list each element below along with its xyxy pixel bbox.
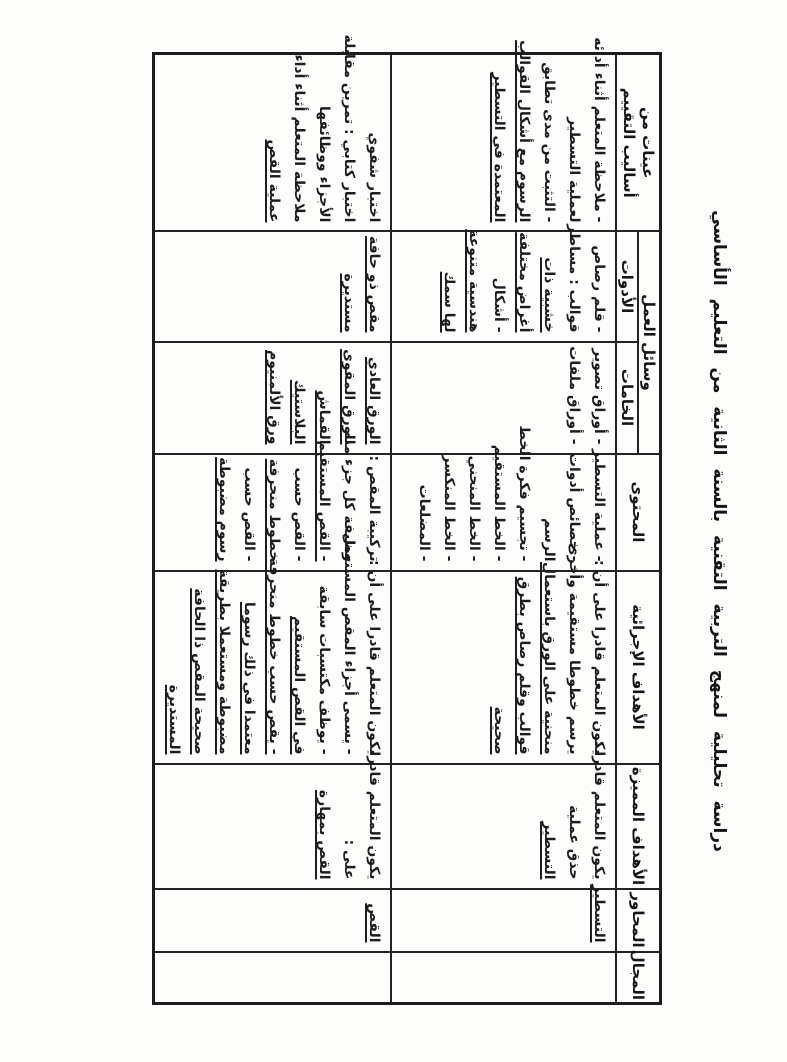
header-work-means: وسائل العمل <box>638 231 661 453</box>
r1-distinctive-objectives-cell: يكون المتعلم قادرا :حذق عمليةالتسطير <box>391 764 616 889</box>
r2-evaluation-samples-cell: اختبار شفوياختبار كتابي : تمرين مقابلةال… <box>154 53 391 231</box>
header-procedural-objectives: الأهداف الإجرائية <box>616 571 661 764</box>
r2-axis-cell: القص <box>154 889 391 952</box>
r2-distinctive-objectives-cell: يكون المتعلم قادراعلى :القص بمهارة <box>154 764 391 889</box>
r1-procedural-objectives-cell: يكون المتعلم قادرا على أن :يرسم خطوطا مس… <box>391 571 616 764</box>
r2-procedural-objectives-cell: يكون المتعلم قادرا على أن :- يسمى أجزاء … <box>154 571 391 764</box>
r2-domain-cell <box>154 952 391 1004</box>
rotated-landscape-canvas: دراسة تحليلية لمنهج التربية التقنية بالس… <box>0 0 787 1062</box>
r1-domain-cell <box>391 952 616 1004</box>
header-tools: الأدوات <box>616 231 638 341</box>
document-title: دراسة تحليلية لمنهج التربية التقنية بالس… <box>709 0 729 1062</box>
header-distinctive-objectives: الأهداف المميزة <box>616 764 661 889</box>
header-content: المحتوى <box>616 454 661 571</box>
r1-materials-cell: - أوراق تصوير- أوراق ملفات <box>391 342 616 454</box>
header-evaluation-samples: عينات منأساليب التقييم <box>616 53 661 231</box>
table-row-tasteer: التسطير يكون المتعلم قادرا :حذق عمليةالت… <box>391 53 616 1003</box>
curriculum-analysis-table: المجال المحاور الأهداف المميزة الأهداف ا… <box>153 52 663 1005</box>
r2-tools-cell: مقص ذو حافةمستديرة <box>154 231 391 341</box>
table-row-qass: القص يكون المتعلم قادراعلى :القص بمهارة … <box>154 53 391 1003</box>
scanned-page: دراسة تحليلية لمنهج التربية التقنية بالس… <box>0 0 787 1062</box>
r1-axis-cell: التسطير <box>391 889 616 952</box>
r2-content-cell: تركيبة المقص :وظيفة كل جزء منه- القص الم… <box>154 454 391 571</box>
header-row-top: المجال المحاور الأهداف المميزة الأهداف ا… <box>638 53 661 1003</box>
r1-content-cell: - عملية التسطير- خصائص أدواتالرسم- تجسيم… <box>391 454 616 571</box>
r2-materials-cell: الورق العاديالورق المقوىالقماشالبلاستيكو… <box>154 342 391 454</box>
header-domain: المجال <box>616 952 661 1004</box>
r1-tools-cell: - قلم رصاصقوالب : مساطرخشبية ذاتأغراض مخ… <box>391 231 616 341</box>
header-materials: الخامات <box>616 342 638 454</box>
r1-evaluation-samples-cell: - ملاحظة المتعلم أثناء أدائهلعملية التسط… <box>391 53 616 231</box>
header-axes: المحاور <box>616 889 661 952</box>
curriculum-table-wrapper: المجال المحاور الأهداف المميزة الأهداف ا… <box>158 55 662 1005</box>
